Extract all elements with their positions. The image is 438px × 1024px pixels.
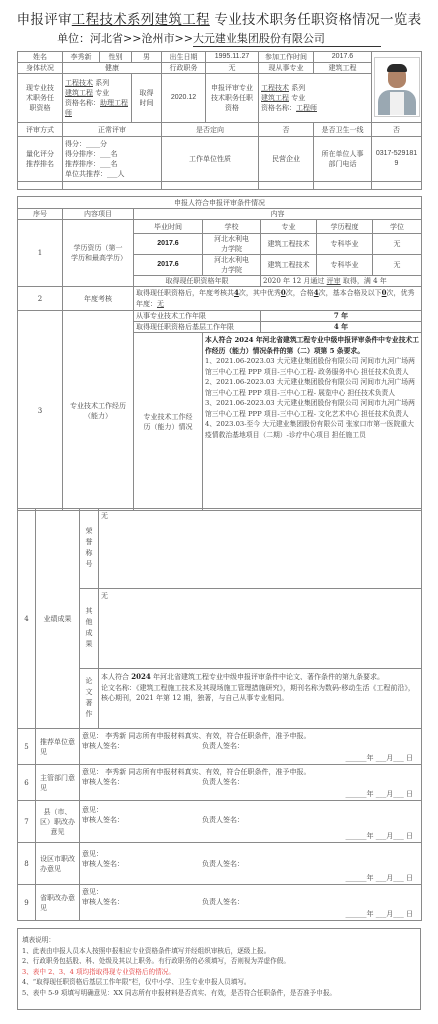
- annual-text-a: 取得现任职资格后，年度考核共: [136, 289, 234, 297]
- exp-lead: 本人符合 2024 年河北省建筑工程专业中级申报评审条件中专业技术工作经历（能力…: [205, 335, 419, 356]
- health-value: 健康: [63, 63, 162, 74]
- edu-header: 学历程度: [317, 220, 373, 234]
- opinion-row: 8 设区市职改办意见 意见： 审核人签名：负责人签名： ______年 ___月…: [18, 843, 422, 885]
- edu-school: 河北水利电力学院: [203, 255, 261, 276]
- series-suffix: 系列: [95, 79, 109, 87]
- leader-label: 负责人签名：: [202, 860, 244, 868]
- note-item: 5、表中 5-9 项填写明确意见：XX 同志所有申报材料是否真实、有效，是否符合…: [22, 988, 416, 999]
- ranking-detail: 得分：____分 得分排序：___名 推荐排序：___名 单位共推荐：___人: [63, 137, 162, 182]
- signature-line: 审核人签名：负责人签名：: [82, 777, 419, 787]
- unit-label: 单位：河北省>>沧州市>>: [57, 32, 193, 45]
- fill-instructions: 填表说明： 1、此表由申报人员本人按照申报相应专业资格条件填写并经组织审核后，逐…: [17, 928, 421, 1010]
- title-suffix: 专业技术职务任职资格情况一览表: [214, 12, 421, 28]
- other-label-text: 其他成果: [84, 607, 94, 651]
- honor-label-text: 荣誉称号: [84, 527, 94, 571]
- birth-value: 1995.11.27: [206, 52, 259, 63]
- obtain-time-value: 2020.12: [162, 74, 206, 123]
- notes-title: 填表说明：: [22, 935, 416, 946]
- note-item: 4、“取得现任职资格后基层工作年限”栏，仅中小学、卫生专业申报人员填写。: [22, 977, 416, 988]
- title-series: 工程技术系列: [72, 12, 155, 28]
- date-line: ______年 ___月___ 日: [82, 831, 419, 841]
- signature-line: 审核人签名：负责人签名：: [82, 897, 419, 907]
- opinion-label: 县（市、区）职改办意见: [36, 801, 80, 843]
- edu-header: 学位: [373, 220, 422, 234]
- current-specialty: 建筑工程: [65, 89, 93, 97]
- apply-series-suffix: 系列: [291, 84, 305, 92]
- gender-value: 男: [132, 52, 162, 63]
- current-major-value: 建筑工程: [314, 63, 372, 74]
- edu-level: 专科毕业: [317, 234, 373, 255]
- edu-grad-time: 2017.6: [134, 255, 203, 276]
- apply-series: 工程技术: [261, 84, 289, 92]
- col-item: 内容项目: [63, 209, 134, 220]
- obtain-time-label: 取得时间: [132, 74, 162, 123]
- edu-major: 建筑工程技术: [261, 234, 317, 255]
- opinion-label: 省职改办意见: [36, 885, 80, 921]
- annual-text-d: 次，基本合格及以下: [319, 289, 382, 297]
- annual-item: 年度考核: [63, 287, 134, 311]
- opinion-no: 9: [18, 885, 36, 921]
- honor-label: 荣誉称号: [80, 509, 99, 589]
- reviewer-label: 审核人签名：: [82, 815, 202, 825]
- current-series: 工程技术: [65, 79, 93, 87]
- unit-name: 大元建业集团股份有限公司: [193, 30, 381, 47]
- apply-title-detail: 工程技术 系列 建筑工程 专业 资格名称：工程师: [259, 74, 372, 123]
- directed-label: 是否定向: [162, 123, 259, 137]
- opinion-no: 5: [18, 729, 36, 765]
- ach-no: 4: [18, 509, 36, 729]
- annual-excellent-years: 无: [157, 300, 164, 308]
- other-label: 其他成果: [80, 589, 99, 669]
- unit-line: 单位：河北省>>沧州市>>大元建业集团股份有限公司: [0, 30, 438, 47]
- opinion-row: 5 推荐单位意见 意见： 李秀新 同志所有申报材料真实、有效，符合任职条件，准予…: [18, 729, 422, 765]
- edu-years-value: 2020 年 12 月通过 评审 取得，满 4 年: [261, 276, 422, 287]
- hr-phone-label: 所在单位人事部门电话: [314, 137, 372, 182]
- reviewer-label: 审核人签名：: [82, 859, 202, 869]
- birth-label: 出生日期: [162, 52, 206, 63]
- annual-detail: 取得现任职资格后，年度考核共4次，其中优秀0次，合格4次，基本合格及以下0次，优…: [134, 287, 422, 311]
- exp-detail: 本人符合 2024 年河北省建筑工程专业中级申报评审条件中专业技术工作经历（能力…: [203, 333, 422, 511]
- note-item: 1、此表由申报人员本人按照申报相应专业资格条件填写并经组织审核后，逐级上报。: [22, 946, 416, 957]
- opinion-row: 7 县（市、区）职改办意见 意见： 审核人签名：负责人签名： ______年 _…: [18, 801, 422, 843]
- apply-qual-name-label: 资格名称：: [261, 104, 296, 112]
- exp-entry: 3、2021.06-2023.03 大元建业集团股份有限公司 河间市九河广场两馆…: [205, 398, 419, 419]
- edu-major: 建筑工程技术: [261, 255, 317, 276]
- conditions-table: 申报人符合申报评审条件情况 序号 内容项目 内容 1 学历资历（第一学历和最高学…: [17, 196, 422, 511]
- page-title: 申报评审工程技术系列建筑工程 专业技术职务任职资格情况一览表: [0, 8, 438, 28]
- current-title-detail: 工程技术 系列 建筑工程 专业 资格名称：助理工程师: [63, 74, 132, 123]
- opinion-no: 8: [18, 843, 36, 885]
- opinion-text: 意见：: [82, 805, 419, 815]
- leader-label: 负责人签名：: [202, 778, 244, 786]
- unit-total-line: 单位共推荐：___人: [65, 169, 159, 179]
- apply-qual-name: 工程师: [296, 104, 317, 112]
- opinion-label: 主管部门意见: [36, 765, 80, 801]
- annual-text-b: 次，其中优秀: [239, 289, 281, 297]
- admin-post-value: 无: [206, 63, 259, 74]
- exp-entry: 4、2023.03-至今 大元建业集团股份有限公司 张家口市第一医院重大疫情救治…: [205, 419, 419, 440]
- opinion-no: 7: [18, 801, 36, 843]
- paper-lead-b: 年河北省建筑工程专业中级申报评审条件中论文、著作条件的第九条要求。: [153, 673, 384, 681]
- edu-grad-time: 2017.6: [134, 234, 203, 255]
- opinion-body: 意见： 李秀新 同志所有申报材料真实、有效，符合任职条件，准予申报。 审核人签名…: [80, 765, 422, 801]
- opinion-label: 推荐单位意见: [36, 729, 80, 765]
- opinion-body: 意见： 审核人签名：负责人签名： ______年 ___月___ 日: [80, 843, 422, 885]
- edu-header: 学校: [203, 220, 261, 234]
- apply-specialty-suffix: 专业: [291, 94, 305, 102]
- signature-line: 审核人签名：负责人签名：: [82, 859, 419, 869]
- photo-cell: [372, 52, 422, 123]
- unit-nature-value: 民营企业: [259, 137, 314, 182]
- directed-value: 否: [259, 123, 314, 137]
- title-specialty: 建筑工程: [155, 12, 210, 28]
- opinion-text: 意见： 李秀新 同志所有申报材料真实、有效，符合任职条件，准予申报。: [82, 731, 419, 741]
- date-line: ______年 ___月___ 日: [82, 873, 419, 883]
- edu-years-label: 取得现任职资格年限: [134, 276, 261, 287]
- col-no: 序号: [18, 209, 63, 220]
- paper-detail: 论文名称：《建筑工程施工技术及其现场施工管理措施研究》，期刊名称为数码-移动生活…: [101, 684, 415, 703]
- years-text-a: 2020 年 12 月通过: [263, 277, 324, 285]
- ach-item: 业绩成果: [36, 509, 80, 729]
- review-mode-value: 正常评审: [63, 123, 162, 137]
- review-mode-label: 评审方式: [18, 123, 63, 137]
- annual-no: 2: [18, 287, 63, 311]
- admin-post-label: 行政职务: [162, 63, 206, 74]
- signature-line: 审核人签名：负责人签名：: [82, 815, 419, 825]
- paper-lead-year: 2024: [131, 672, 150, 681]
- reviewer-label: 审核人签名：: [82, 897, 202, 907]
- ranking-label: 量化评分推荐排名: [18, 137, 63, 182]
- name-label: 姓名: [18, 52, 63, 63]
- note-item-highlight: 3、表中 2、3、4 项均指取得现专业资格后的情况。: [22, 967, 416, 978]
- edu-degree: 无: [373, 255, 422, 276]
- opinion-text: 意见：: [82, 887, 419, 897]
- score-line: 得分：____分: [65, 139, 159, 149]
- paper-label: 论文著作: [80, 669, 99, 729]
- exp-detail-label: 专业技术工作经历（能力）情况: [134, 333, 203, 511]
- paper-label-text: 论文著作: [84, 677, 94, 721]
- paper-value: 本人符合 2024 年河北省建筑工程专业中级申报评审条件中论文、著作条件的第九条…: [99, 669, 422, 729]
- paper-lead-a: 本人符合: [101, 673, 129, 681]
- opinion-label: 设区市职改办意见: [36, 843, 80, 885]
- achievements-opinions-table: 4 业绩成果 荣誉称号 无 其他成果 无 论文著作 本人符合 2024 年河北省…: [17, 508, 422, 921]
- unit-nature-label: 工作单位性质: [162, 137, 259, 182]
- annual-text-c: 次，合格: [286, 289, 314, 297]
- years-text-b: 取得，满 4 年: [343, 277, 387, 285]
- opinion-body: 意见： 李秀新 同志所有申报材料真实、有效，符合任职条件，准予申报。 审核人签名…: [80, 729, 422, 765]
- edu-no: 1: [18, 220, 63, 287]
- exp-grassroots-label: 取得现任职资格后基层工作年限: [134, 322, 261, 333]
- edu-item: 学历资历（第一学历和最高学历）: [63, 220, 134, 287]
- signature-line: 审核人签名：负责人签名：: [82, 741, 419, 751]
- score-rank-line: 得分排序：___名: [65, 149, 159, 159]
- name-value: 李秀新: [63, 52, 100, 63]
- exp-years-label: 从事专业技术工作年限: [134, 311, 261, 322]
- opinion-text: 意见： 李秀新 同志所有申报材料真实、有效，符合任职条件，准予申报。: [82, 767, 419, 777]
- reviewer-label: 审核人签名：: [82, 741, 202, 751]
- edu-header: 毕业时间: [134, 220, 203, 234]
- date-line: ______年 ___月___ 日: [82, 753, 419, 763]
- qual-name-label: 资格名称：: [65, 99, 100, 107]
- current-title-label: 现专业技术职务任职资格: [18, 74, 63, 123]
- conditions-title: 申报人符合申报评审条件情况: [18, 197, 422, 209]
- leader-label: 负责人签名：: [202, 898, 244, 906]
- edu-school: 河北水利电力学院: [203, 234, 261, 255]
- frontline-value: 否: [372, 123, 422, 137]
- avatar: [374, 57, 420, 117]
- hr-phone-value: 0317-5291819: [372, 137, 422, 182]
- opinion-text: 意见：: [82, 849, 419, 859]
- honor-value: 无: [99, 509, 422, 589]
- leader-label: 负责人签名：: [202, 742, 244, 750]
- opinion-row: 9 省职改办意见 意见： 审核人签名：负责人签名： ______年 ___月__…: [18, 885, 422, 921]
- other-value: 无: [99, 589, 422, 669]
- edu-header: 专业: [261, 220, 317, 234]
- date-line: ______年 ___月___ 日: [82, 909, 419, 919]
- exp-years-value: 7 年: [261, 311, 422, 322]
- gender-label: 性别: [100, 52, 132, 63]
- edu-level: 专科毕业: [317, 255, 373, 276]
- current-major-label: 现从事专业: [259, 63, 314, 74]
- opinion-body: 意见： 审核人签名：负责人签名： ______年 ___月___ 日: [80, 801, 422, 843]
- exp-item: 专业技术工作经历（能力）: [63, 311, 134, 511]
- exp-entry: 2、2021.06-2023.03 大元建业集团股份有限公司 河间市九河广场两馆…: [205, 377, 419, 398]
- health-label: 身体状况: [18, 63, 63, 74]
- col-content: 内容: [134, 209, 422, 220]
- apply-specialty: 建筑工程: [261, 94, 289, 102]
- note-item: 2、行政职务包括股、科、处级及其以上职务。有行政职务的必须填写，否则视为弄虚作假…: [22, 956, 416, 967]
- opinion-body: 意见： 审核人签名：负责人签名： ______年 ___月___ 日: [80, 885, 422, 921]
- recommend-rank-line: 推荐排序：___名: [65, 159, 159, 169]
- work-start-value: 2017.6: [314, 52, 372, 63]
- opinion-row: 6 主管部门意见 意见： 李秀新 同志所有申报材料真实、有效，符合任职条件，准予…: [18, 765, 422, 801]
- exp-grassroots-value: 4 年: [261, 322, 422, 333]
- years-method: 评审: [327, 277, 341, 285]
- frontline-label: 是否卫生一线: [314, 123, 372, 137]
- title-prefix: 申报评审: [17, 12, 72, 28]
- exp-entry: 1、2021.06-2023.03 大元建业集团股份有限公司 河间市九河广场两馆…: [205, 356, 419, 377]
- reviewer-label: 审核人签名：: [82, 777, 202, 787]
- date-line: ______年 ___月___ 日: [82, 789, 419, 799]
- specialty-suffix: 专业: [95, 89, 109, 97]
- opinion-no: 6: [18, 765, 36, 801]
- leader-label: 负责人签名：: [202, 816, 244, 824]
- apply-title-label: 申报评审专业技术职务任职资格: [206, 74, 259, 123]
- work-start-label: 参加工作时间: [259, 52, 314, 63]
- basic-info-table: 姓名 李秀新 性别 男 出生日期 1995.11.27 参加工作时间 2017.…: [17, 51, 422, 190]
- exp-no: 3: [18, 311, 63, 511]
- edu-degree: 无: [373, 234, 422, 255]
